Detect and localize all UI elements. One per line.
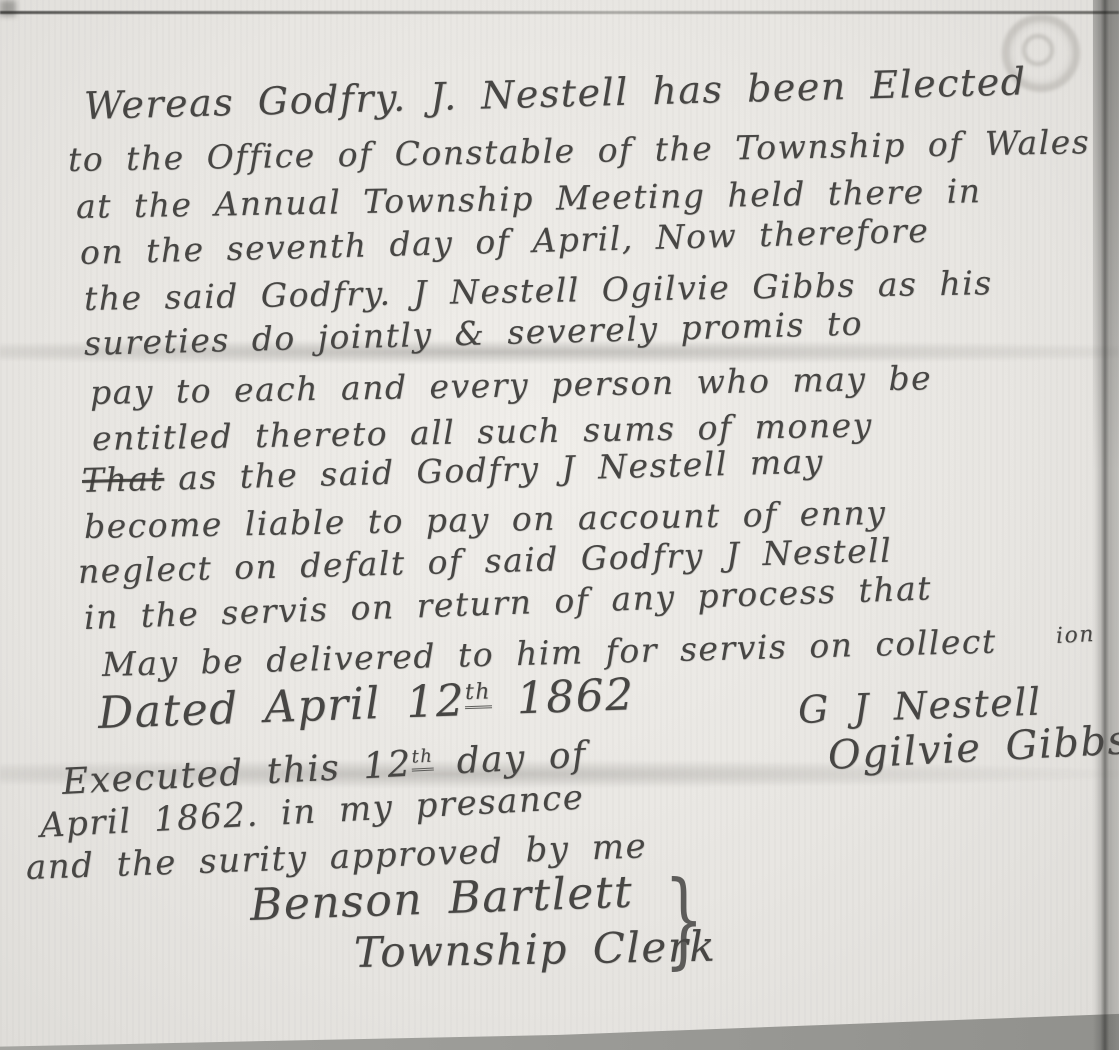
corner-smudge bbox=[0, 0, 16, 16]
document-scan: Wereas Godfry. J. Nestell has been Elect… bbox=[0, 0, 1119, 1050]
dated-pre: Dated April 12 bbox=[97, 675, 466, 739]
superscript-ion: ion bbox=[1055, 622, 1095, 649]
scanner-background bbox=[0, 1008, 1119, 1050]
executed-ordinal-suffix: th bbox=[411, 746, 434, 772]
handwritten-line-2: to the Office of Constable of the Townsh… bbox=[68, 122, 1091, 179]
paper-top-crease bbox=[0, 11, 1119, 14]
handwritten-line-1: Wereas Godfry. J. Nestell has been Elect… bbox=[83, 59, 1027, 128]
clerk-title: Township Clerk bbox=[354, 922, 717, 977]
struck-word: That bbox=[81, 459, 164, 500]
dated-year: 1862 bbox=[490, 669, 635, 725]
dated-ordinal-suffix: th bbox=[465, 680, 492, 710]
page-edge-shadow bbox=[1093, 0, 1119, 1050]
embossed-seal-inner-ring bbox=[1022, 34, 1054, 66]
executed-post: day of bbox=[433, 735, 588, 784]
